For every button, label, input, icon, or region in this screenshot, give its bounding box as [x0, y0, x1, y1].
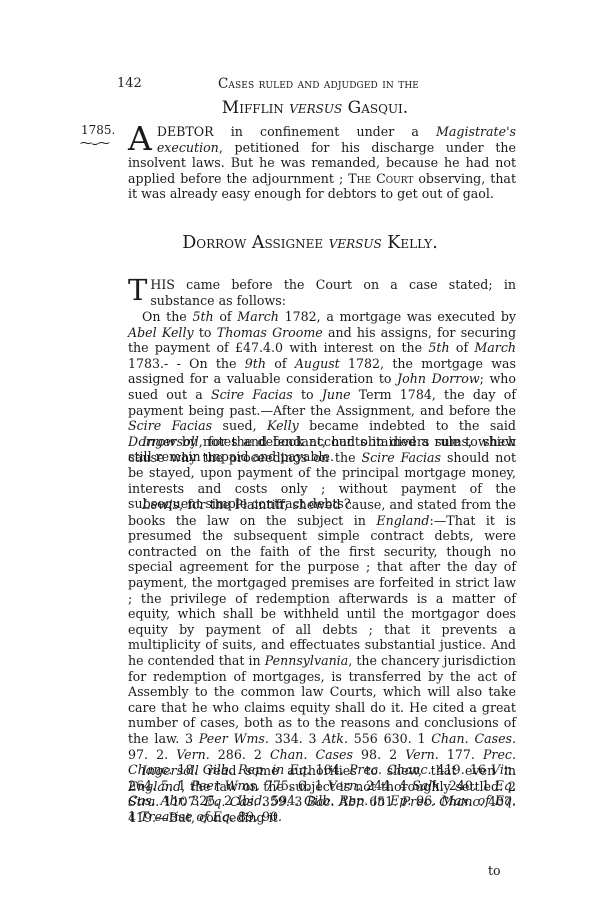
- text-run: 98. 2: [353, 747, 405, 762]
- text-run: became indebted to the said: [299, 418, 516, 433]
- case-title-dorrow-kelly: Dorrow Assignee versus Kelly.: [0, 233, 600, 253]
- text-run: of: [266, 356, 295, 371]
- italic-run: Kelly: [267, 418, 299, 433]
- case2-reply-paragraph: Ingersoll read some authorities to shew,…: [128, 763, 516, 825]
- drop-cap: T: [128, 278, 147, 302]
- text-run: 286. 2: [210, 747, 270, 762]
- italic-run: Stra.: [128, 794, 159, 809]
- text-run: read some authorities to shew, that even…: [199, 763, 516, 778]
- plaintiff-name: Mifflin: [222, 98, 284, 118]
- text-run: :—That it is presumed the subsequent sim…: [128, 513, 516, 668]
- text-run: 556 630. 1: [348, 731, 431, 746]
- book-page: 142 Cases ruled and adjudged in the Miff…: [0, 0, 600, 903]
- text-run: 651.: [365, 794, 402, 809]
- italic-run: March: [474, 340, 516, 355]
- italic-run: June: [322, 387, 351, 402]
- running-header: 142 Cases ruled and adjudged in the: [0, 76, 600, 96]
- italic-run: John Dorrow: [397, 371, 480, 386]
- text-run: 359. 3: [257, 794, 306, 809]
- text-run: sued,: [212, 418, 267, 433]
- case-title-mifflin-gasqui: Mifflin versus Gasqui.: [0, 98, 600, 118]
- text-run: of: [214, 309, 238, 324]
- italic-run: 5th: [428, 340, 449, 355]
- italic-run: Scire Facias: [128, 418, 212, 433]
- versus-label: versus: [329, 233, 382, 253]
- versus-label: versus: [289, 98, 342, 118]
- defendant-name: Gasqui.: [348, 98, 409, 118]
- catchword: to: [488, 863, 501, 878]
- case2-intro-paragraph: THIS came before the Court on a case sta…: [128, 277, 516, 308]
- italic-run: Eq. Cas.: [204, 794, 257, 809]
- italic-run: Scire Facias: [211, 387, 293, 402]
- italic-run: England: [376, 513, 429, 528]
- text-run: 1107.: [159, 794, 204, 809]
- case1-paragraph: ADEBTOR in confinement under a Magistrat…: [128, 124, 516, 202]
- text-run: 334. 3: [269, 731, 322, 746]
- margin-year: 1785.: [81, 123, 115, 137]
- italic-run: Prec. Chanc.: [402, 794, 484, 809]
- italic-run: 9th: [245, 356, 266, 371]
- italic-run: Peer Wms.: [199, 731, 269, 746]
- text-run: 1782, a mortgage was executed by: [279, 309, 516, 324]
- text-run: to: [194, 325, 217, 340]
- italic-run: Ingersoll: [142, 763, 199, 778]
- italic-run: Thomas Groome: [217, 325, 323, 340]
- text-run: On the: [142, 309, 192, 324]
- italic-run: August: [295, 356, 340, 371]
- italic-run: Atk.: [322, 731, 348, 746]
- text-run: of: [450, 340, 475, 355]
- running-title: Cases ruled and adjudged in the: [218, 76, 419, 92]
- italic-run: Vern.: [405, 747, 439, 762]
- margin-bracket-mark: ⁓⌣⁓: [80, 136, 109, 151]
- text-run: 97. 2.: [128, 747, 176, 762]
- text-run: DEBTOR in confinement under a: [157, 124, 436, 139]
- text-run: 177.: [439, 747, 483, 762]
- court-smallcaps: The Court: [348, 171, 413, 186]
- italic-run: Chan. Cases: [270, 747, 353, 762]
- italic-run: Bac. Abr.: [307, 794, 365, 809]
- defendant-name: Kelly.: [387, 233, 438, 253]
- plaintiff-name: Dorrow Assignee: [182, 233, 323, 253]
- italic-run: Chan. Cases.: [431, 731, 516, 746]
- drop-cap: A: [128, 125, 152, 153]
- italic-run: Scire Facias: [361, 450, 441, 465]
- italic-run: Vern.: [176, 747, 210, 762]
- italic-run: Ingersoll: [142, 434, 199, 449]
- italic-run: Lewis: [142, 497, 179, 512]
- italic-run: Abel Kelly: [128, 325, 194, 340]
- italic-run: Pennsylvania: [265, 653, 348, 668]
- italic-run: England: [128, 779, 181, 794]
- page-number: 142: [117, 76, 142, 91]
- text-run: HIS came before the Court on a case stat…: [150, 277, 516, 308]
- text-run: to: [293, 387, 322, 402]
- text-run: 1783.- - On the: [128, 356, 245, 371]
- italic-run: March: [237, 309, 279, 324]
- text-run: , the law on the subject is not thorough…: [181, 779, 516, 794]
- italic-run: 5th: [192, 309, 213, 324]
